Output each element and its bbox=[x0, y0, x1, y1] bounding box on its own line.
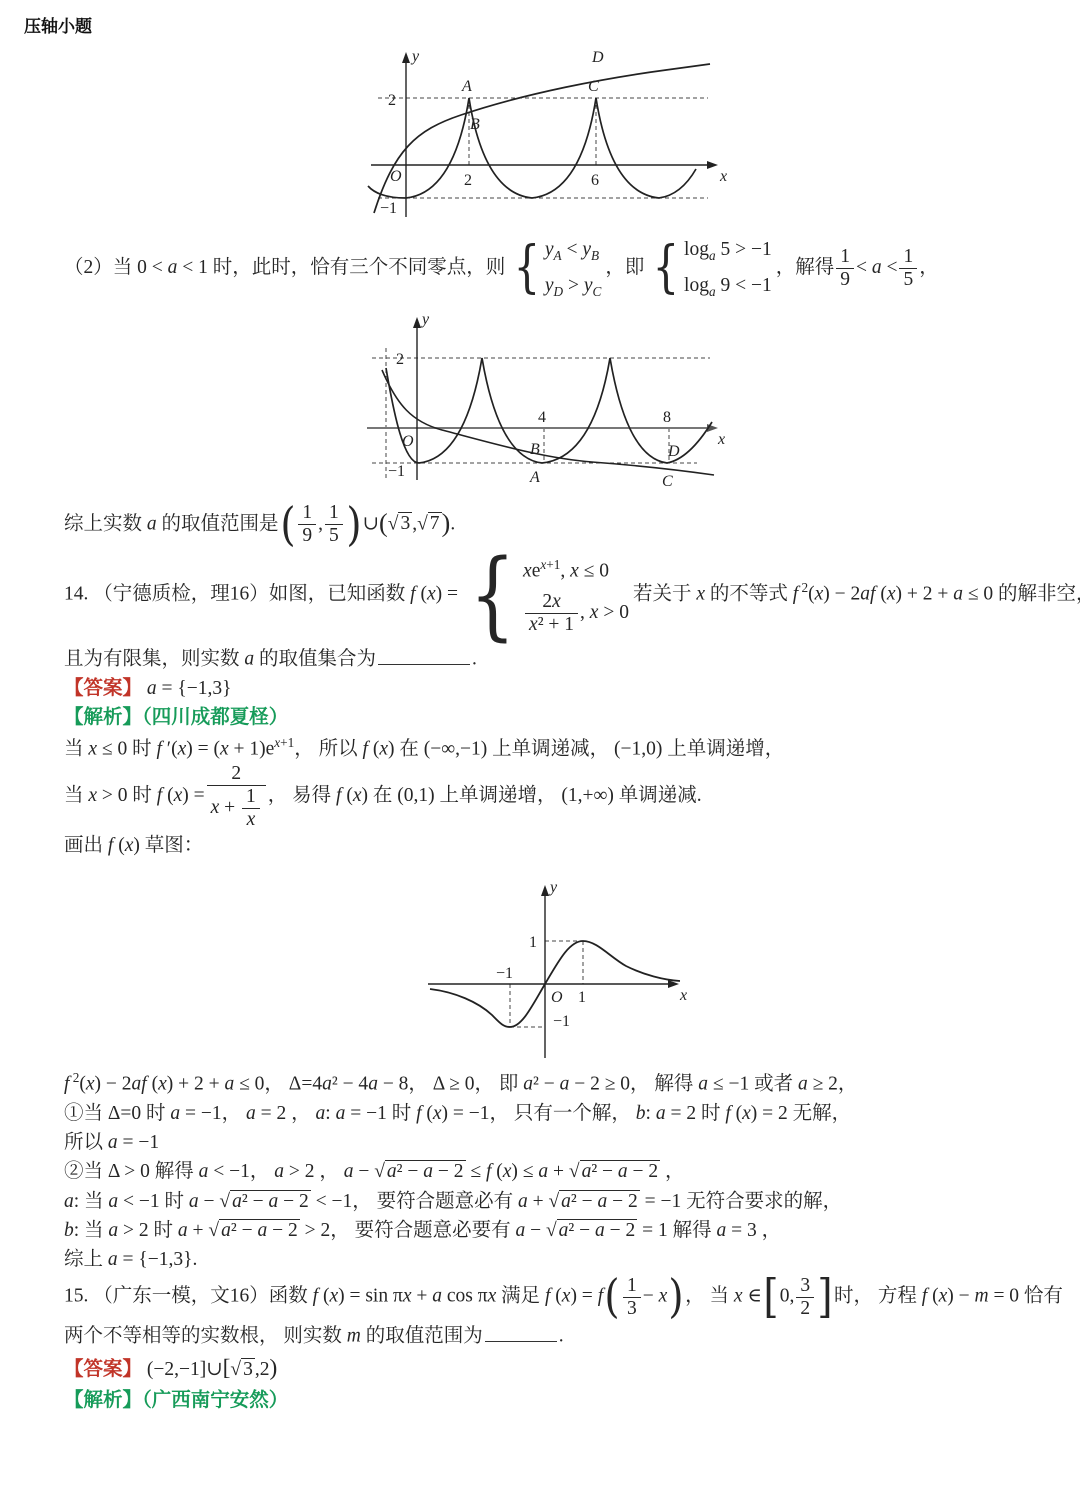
line-case2: （2）当 0 < a < 1 时，此时，恰有三个不同零点，则{yA < yByD… bbox=[64, 235, 1044, 302]
fig1-label-2: 2 bbox=[388, 92, 396, 109]
problem-15-statement: 15. （广东一模，文16）函数 f (x) = sin πx + a cos … bbox=[64, 1274, 1044, 1320]
figure-3-svg: y 1 −1 O 1 x −1 bbox=[420, 876, 690, 1068]
fig2-label-2: 2 bbox=[396, 351, 404, 368]
wave-curve bbox=[368, 98, 696, 198]
figure-1-svg: y 2 A B C D O 2 6 x −1 bbox=[366, 45, 756, 235]
p14-step2: 当 x > 0 时 f (x) =2x + 1x， 易得 f (x) 在 (0,… bbox=[64, 763, 1044, 830]
problem-14-statement: 14. （宁德质检，理16）如图，已知函数 f (x) ={xex+1, x ≤… bbox=[64, 547, 1044, 643]
p14-case1-line: ①当 Δ=0 时 a = −1， a = 2 ， a: a = −1 时 f (… bbox=[64, 1099, 1044, 1128]
fig2-label-neg1: −1 bbox=[388, 463, 405, 480]
log-curve bbox=[374, 64, 710, 213]
p14-case2-line: ②当 Δ > 0 解得 a < −1， a > 2 ， a − √a² − a … bbox=[64, 1157, 1044, 1186]
fig1-label-x: x bbox=[719, 168, 727, 185]
fig1-label-C: C bbox=[588, 78, 599, 95]
figure-2-svg: y 2 O 4 B A 8 D C x −1 bbox=[362, 310, 732, 502]
fig1-label-B: B bbox=[470, 116, 480, 133]
fig1-label-O: O bbox=[390, 168, 402, 185]
y-arrow-icon bbox=[541, 885, 549, 896]
fig2-label-D: D bbox=[667, 443, 680, 460]
fig3-label-1y: 1 bbox=[529, 934, 537, 951]
p14-summary-line: 综上 a = {−1,3}. bbox=[64, 1245, 1044, 1274]
fig1-label-y: y bbox=[410, 48, 420, 65]
problem-15-analysis-label: 【解析】（广西南宁安然） bbox=[64, 1386, 1044, 1415]
fig2-label-x8: 8 bbox=[663, 409, 671, 426]
problem-14-analysis-label: 【解析】（四川成都夏柽） bbox=[64, 703, 1044, 732]
problem-15-statement-2: 两个不等相等的实数根， 则实数 m 的取值范围为. bbox=[64, 1320, 1044, 1351]
fig3-label-neg1y: −1 bbox=[553, 1013, 570, 1030]
fig3-label-x: x bbox=[679, 987, 687, 1004]
document-page: 压轴小题 y 2 A B C D O 2 6 bbox=[0, 0, 1080, 1415]
p14-step1: 当 x ≤ 0 时 f ′(x) = (x + 1)ex+1， 所以 f (x)… bbox=[64, 733, 1044, 764]
problem-14-statement-2: 且为有限集，则实数 a 的取值集合为. bbox=[64, 643, 1044, 674]
fig2-label-y: y bbox=[420, 311, 430, 328]
problem-15-answer: 【答案】 (−2,−1]∪[√3,2) bbox=[64, 1351, 1044, 1386]
fig2-label-x4: 4 bbox=[538, 409, 546, 426]
problem-14-answer: 【答案】 a = {−1,3} bbox=[64, 674, 1044, 703]
fig2-label-x: x bbox=[717, 431, 725, 448]
fig3-label-1x: 1 bbox=[578, 989, 586, 1006]
figure-3: y 1 −1 O 1 x −1 bbox=[420, 876, 1044, 1068]
fig3-label-O: O bbox=[551, 989, 563, 1006]
fig1-label-x6: 6 bbox=[591, 172, 599, 189]
p14-case1-conclusion: 所以 a = −1 bbox=[64, 1128, 1044, 1157]
figure-1: y 2 A B C D O 2 6 x −1 bbox=[366, 45, 1044, 235]
fig2-label-O: O bbox=[402, 433, 414, 450]
y-arrow-icon bbox=[402, 52, 410, 63]
figure-2: y 2 O 4 B A 8 D C x −1 bbox=[362, 310, 1044, 502]
page-title: 压轴小题 bbox=[24, 12, 1044, 37]
p14-sketch-line: 画出 f (x) 草图： bbox=[64, 831, 1044, 860]
x-arrow-icon bbox=[707, 161, 718, 169]
p14-quadratic-line: f 2(x) − 2af (x) + 2 + a ≤ 0， Δ=4a² − 4a… bbox=[64, 1068, 1044, 1099]
fig2-label-C: C bbox=[662, 473, 673, 490]
fig1-label-x2: 2 bbox=[464, 172, 472, 189]
fig2-label-A: A bbox=[529, 469, 540, 486]
y-arrow-icon bbox=[413, 317, 421, 328]
fig1-label-neg1: −1 bbox=[380, 200, 397, 217]
p14-case2b-line: b: 当 a > 2 时 a + √a² − a − 2 > 2， 要符合题意必… bbox=[64, 1216, 1044, 1245]
fig3-label-y: y bbox=[548, 879, 558, 896]
p14-case2a-line: a: 当 a < −1 时 a − √a² − a − 2 < −1， 要符合题… bbox=[64, 1187, 1044, 1216]
fig3-label-neg1x: −1 bbox=[496, 965, 513, 982]
fig2-label-B: B bbox=[530, 441, 540, 458]
fig1-label-A: A bbox=[461, 78, 472, 95]
line-summary-a-range: 综上实数 a 的取值范围是(19,15)∪(√3,√7). bbox=[64, 502, 1044, 548]
fig1-label-D: D bbox=[591, 49, 604, 66]
